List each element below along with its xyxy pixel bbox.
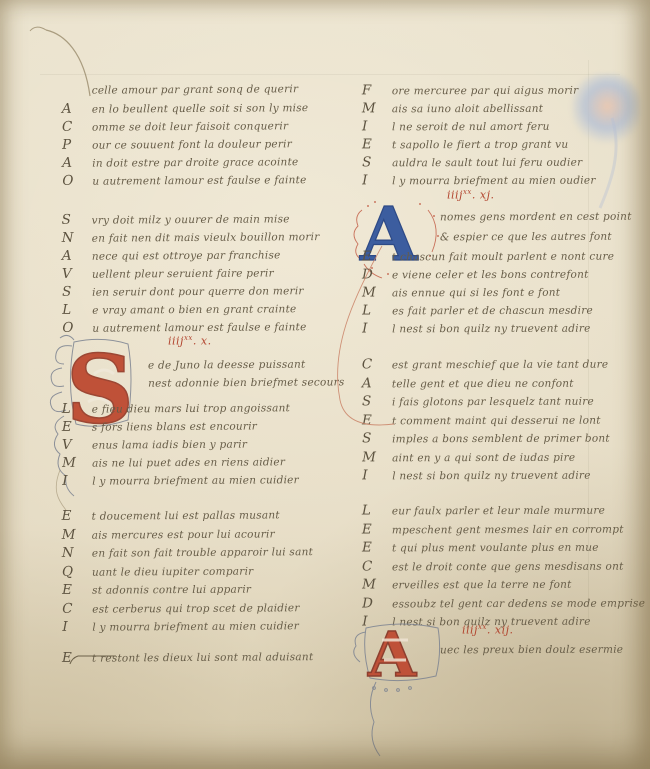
ruling-line-horizontal: [40, 74, 620, 75]
verse-capital: I: [362, 171, 392, 189]
verse-text: celle amour par grant sonq de querir: [92, 83, 299, 96]
verse-text: ais mercures est pour lui acourir: [92, 528, 275, 541]
verse-text: aint en y a qui sont de iudas pire: [392, 451, 575, 464]
rubric-base: iiij: [462, 624, 478, 637]
stanza: celle amour par grant sonq de querir Aen…: [62, 80, 309, 190]
verse-text: ais sa iuno aloit abellissant: [392, 103, 543, 116]
verse-capital: F: [362, 81, 392, 99]
stanza: Et doucement lui est pallas musant Mais …: [62, 505, 314, 636]
verse-capital: S: [62, 283, 92, 301]
verse-capital: M: [362, 283, 392, 301]
verse-text: l y mourra briefment au mien oudier: [392, 175, 596, 188]
verse-text: essoubz tel gent car dedens se mode empr…: [392, 597, 645, 610]
verse-line: Pour ce souuent font la douleur perir: [62, 134, 309, 154]
verse-capital: C: [62, 118, 92, 136]
verse-line: Mais ennue qui si les font e font: [362, 283, 614, 302]
stanza: Le fieu dieu mars lui trop angoissant Es…: [62, 398, 299, 490]
envoi-line: Et restont les dieux lui sont mal aduisa…: [62, 647, 314, 667]
verse-line: Est adonnis contre lui apparir: [62, 579, 313, 599]
verse-capital: I: [362, 466, 392, 485]
verse-text: st adonnis contre lui apparir: [92, 584, 251, 597]
stanza: uec les preux bien doulz esermie: [440, 641, 623, 660]
verse-line: Leur faulx parler et leur male murmure: [362, 501, 645, 520]
verse-capital: C: [362, 557, 392, 576]
verse-capital: A: [62, 100, 92, 118]
verse-capital: D: [362, 594, 392, 613]
verse-text: e de Juno la deesse puissant: [148, 359, 306, 372]
verse-line: Comme se doit leur faisoit conquerir: [62, 116, 309, 136]
verse-line: nomes gens mordent en cest point: [440, 207, 632, 228]
verse-line: Ou autrement lamour est faulse e fainte: [62, 170, 309, 190]
verse-line: Vuellent pleur seruient faire perir: [62, 263, 320, 283]
verse-text: t qui plus ment voulante plus en mue: [392, 542, 599, 555]
verse-text: erveilles est que la terre ne font: [392, 579, 572, 592]
verse-text: mpeschent gent mesmes lair en corrompt: [392, 523, 624, 536]
verse-line: Atelle gent et que dieu ne confont: [362, 373, 610, 392]
verse-line: Mais ne lui puet ades en riens aidier: [62, 452, 299, 472]
verse-line: Anece qui est ottroye par franchise: [62, 245, 320, 265]
verse-line: & espier ce que les autres font: [440, 227, 632, 248]
stanza: Et chascun fait moult parlent e nont cur…: [362, 247, 615, 338]
verse-line: Quant le dieu iupiter comparir: [62, 561, 313, 581]
verse-text: & espier ce que les autres font: [440, 231, 612, 244]
verse-capital: M: [62, 454, 92, 472]
verse-line: Svry doit milz y ouurer de main mise: [62, 209, 320, 229]
verse-capital: S: [362, 392, 392, 411]
verse-text: u autrement lamour est faulse e fainte: [92, 174, 306, 187]
verse-text: eur faulx parler et leur male murmure: [392, 505, 605, 518]
verse-capital: L: [362, 501, 392, 520]
verse-line: Cest le droit conte que gens mesdisans o…: [362, 556, 645, 575]
verse-line: Il y mourra briefment au mien cuidier: [62, 616, 313, 636]
verse-capital: I: [362, 319, 392, 337]
verse-line: Cest grant meschief que la vie tant dure: [362, 355, 610, 374]
verse-line: uec les preux bien doulz esermie: [440, 641, 623, 660]
verse-capital: E: [362, 247, 392, 265]
verse-capital: M: [62, 525, 92, 544]
verse-capital: C: [62, 599, 92, 618]
verse-capital: S: [62, 211, 92, 229]
verse-text: telle gent et que dieu ne confont: [392, 377, 574, 390]
verse-capital: V: [62, 436, 92, 454]
stanza: Svry doit milz y ouurer de main mise Nen…: [62, 209, 321, 337]
ballade-number-rubric: iiijxx. xj.: [447, 188, 494, 202]
verse-line: Maint en y a qui sont de iudas pire: [362, 447, 610, 466]
verse-text: ore mercuree par qui aigus morir: [392, 85, 579, 98]
verse-capital: V: [62, 265, 92, 283]
verse-text: nomes gens mordent en cest point: [440, 211, 632, 224]
verse-text: est cerberus qui trop scet de plaidier: [92, 602, 299, 615]
verse-line: Merveilles est que la terre ne font: [362, 575, 645, 594]
verse-text: vry doit milz y ouurer de main mise: [92, 213, 290, 226]
verse-capital: I: [62, 618, 92, 637]
verse-text: est grant meschief que la vie tant dure: [392, 359, 609, 372]
verse-text: ien seruir dont pour querre don merir: [92, 285, 304, 298]
verse-line: celle amour par grant sonq de querir: [62, 80, 309, 100]
verse-line: Le vray amant o bien en grant crainte: [62, 299, 320, 319]
verse-line: Venus lama iadis bien y parir: [62, 434, 299, 454]
verse-capital: E: [362, 538, 392, 557]
rubric-rest: . x.: [193, 335, 212, 348]
verse-line: e de Juno la deesse puissant: [148, 355, 345, 374]
verse-text: est le droit conte que gens mesdisans on…: [392, 560, 624, 573]
verse-text: e vray amant o bien en grant crainte: [92, 303, 296, 316]
verse-line: Les fait parler et de chascun mesdire: [362, 301, 614, 320]
verse-line: Aen lo beullent quelle soit si son ly mi…: [62, 98, 309, 118]
verse-capital: M: [362, 575, 392, 594]
verse-capital: N: [62, 544, 92, 563]
verse-line: Et doucement lui est pallas musant: [62, 505, 313, 525]
verse-text: l y mourra briefment au mien cuidier: [92, 620, 299, 633]
verse-text: nece qui est ottroye par franchise: [92, 249, 281, 262]
verse-capital: L: [62, 400, 92, 418]
ballade-number-rubric: iiijxx. x.: [168, 334, 212, 348]
verse-capital: A: [62, 154, 92, 172]
verse-capital: L: [362, 301, 392, 319]
stanza: e de Juno la deesse puissant nest adonni…: [148, 355, 345, 392]
verse-text: auldra le sault tout lui feru oudier: [392, 157, 582, 170]
verse-text: nest adonnie bien briefmet secours: [148, 376, 345, 389]
verse-capital: Q: [62, 562, 92, 581]
verse-text: ais ne lui puet ades en riens aidier: [92, 456, 285, 469]
verse-line: Et chascun fait moult parlent e nont cur…: [362, 247, 614, 266]
verse-line: Dessoubz tel gent car dedens se mode emp…: [362, 593, 645, 612]
verse-line: Il y mourra briefment au mien cuidier: [62, 470, 299, 490]
verse-line: Cest cerberus qui trop scet de plaidier: [62, 598, 313, 618]
rubric-superscript: xx: [184, 334, 193, 342]
rubric-rest: . xj.: [472, 189, 495, 202]
verse-text: l y mourra briefment au mien cuidier: [92, 474, 299, 487]
verse-text: en lo beullent quelle soit si son ly mis…: [92, 102, 309, 116]
verse-capital: E: [62, 507, 92, 526]
verse-capital: S: [362, 429, 392, 448]
verse-text: omme se doit leur faisoit conquerir: [92, 120, 288, 133]
verse-line: Et sapollo le fiert a trop grant vu: [362, 135, 596, 154]
stanza: nomes gens mordent en cest point & espie…: [440, 207, 632, 248]
verse-line: Le fieu dieu mars lui trop angoissant: [62, 398, 299, 418]
ballade-number-rubric: iiijxx. xij.: [462, 623, 514, 637]
verse-text: t restont les dieux lui sont mal aduisan…: [92, 651, 313, 665]
verse-line: Nen fait nen dit mais vieulx bouillon mo…: [62, 227, 320, 247]
verse-capital: A: [62, 247, 92, 265]
verse-capital: S: [362, 153, 392, 171]
verse-capital: M: [362, 448, 392, 467]
verse-capital: A: [362, 374, 392, 393]
verse-capital: N: [62, 229, 92, 247]
verse-capital: E: [362, 520, 392, 539]
verse-line: De viene celer et les bons contrefont: [362, 265, 614, 284]
verse-line: Nen fait son fait trouble apparoir lui s…: [62, 542, 313, 562]
verse-text: en fait nen dit mais vieulx bouillon mor…: [92, 231, 320, 245]
verse-text: l nest si bon quilz ny truevent adire: [392, 470, 590, 483]
initial-a-letter: A: [367, 618, 417, 691]
verse-capital: E: [362, 135, 392, 153]
verse-text: e fieu dieu mars lui trop angoissant: [92, 402, 290, 415]
verse-text: en fait son fait trouble apparoir lui sa…: [92, 546, 313, 560]
verse-line: Il ne seroit de nul amort feru: [362, 117, 596, 136]
verse-capital: I: [62, 472, 92, 490]
verse-line: Mais sa iuno aloit abellissant: [362, 99, 596, 118]
verse-capital: E: [62, 649, 92, 667]
verse-text: e viene celer et les bons contrefont: [392, 269, 589, 282]
verse-text: t doucement lui est pallas musant: [92, 509, 280, 522]
verse-line: Si fais glotons par lesquelz tant nuire: [362, 392, 610, 411]
stanza: Fore mercuree par qui aigus morir Mais s…: [362, 81, 596, 190]
verse-text: es fait parler et de chascun mesdire: [392, 305, 593, 318]
rubric-superscript: xx: [463, 188, 472, 196]
verse-text: imples a bons semblent de primer bont: [392, 433, 610, 446]
verse-line: Empeschent gent mesmes lair en corrompt: [362, 519, 645, 538]
verse-line: Simples a bons semblent de primer bont: [362, 429, 610, 448]
verse-text: u autrement lamour est faulse e fainte: [92, 321, 306, 334]
verse-text: t sapollo le fiert a trop grant vu: [392, 139, 568, 152]
verse-text: ais ennue qui si les font e font: [392, 287, 560, 300]
verse-line: Sien seruir dont pour querre don merir: [62, 281, 320, 301]
verse-capital: O: [62, 172, 92, 190]
verse-text: uant le dieu iupiter comparir: [92, 565, 254, 578]
verse-line: Et restont les dieux lui sont mal aduisa…: [62, 647, 314, 667]
verse-line: Sauldra le sault tout lui feru oudier: [362, 153, 596, 172]
verse-text: s fors liens blans est encourir: [92, 420, 257, 433]
verse-line: Fore mercuree par qui aigus morir: [362, 81, 596, 100]
verse-capital: I: [362, 117, 392, 135]
verse-text: uellent pleur seruient faire perir: [92, 267, 274, 280]
rubric-base: iiij: [168, 335, 184, 348]
verse-line: Mais mercures est pour lui acourir: [62, 524, 313, 544]
verse-text: t comment maint qui desserui ne lont: [392, 414, 601, 427]
verse-line: Et qui plus ment voulante plus en mue: [362, 538, 645, 557]
verse-text: l ne seroit de nul amort feru: [392, 121, 550, 134]
verse-capital: E: [362, 411, 392, 430]
verse-capital: C: [362, 355, 392, 374]
verse-capital: L: [62, 301, 92, 319]
verse-text: our ce souuent font la douleur perir: [92, 138, 292, 151]
rubric-superscript: xx: [478, 623, 487, 631]
verse-capital: M: [362, 99, 392, 117]
stanza: Leur faulx parler et leur male murmure E…: [362, 501, 645, 631]
verse-line: Et comment maint qui desserui ne lont: [362, 410, 610, 429]
rubric-rest: . xij.: [487, 624, 514, 637]
verse-text: l nest si bon quilz ny truevent adire: [392, 323, 590, 336]
verse-capital: P: [62, 136, 92, 154]
verse-text: i fais glotons par lesquelz tant nuire: [392, 396, 594, 409]
stanza: Cest grant meschief que la vie tant dure…: [362, 355, 610, 485]
verse-line: Es fors liens blans est encourir: [62, 416, 299, 436]
verse-capital: D: [362, 265, 392, 283]
verse-text: t chascun fait moult parlent e nont cure: [392, 251, 614, 264]
verse-text: enus lama iadis bien y parir: [92, 439, 247, 452]
manuscript-page: celle amour par grant sonq de querir Aen…: [0, 0, 650, 769]
verse-line: Ain doit estre par droite grace acointe: [62, 152, 309, 172]
decorated-initial-a-red: A: [344, 618, 456, 758]
verse-line: Il nest si bon quilz ny truevent adire: [362, 466, 610, 485]
verse-capital: E: [62, 418, 92, 436]
rubric-base: iiij: [447, 189, 463, 202]
verse-capital: E: [62, 581, 92, 600]
verse-line: Il nest si bon quilz ny truevent adire: [362, 319, 614, 338]
verse-line: Il y mourra briefment au mien oudier: [362, 171, 596, 190]
verse-text: uec les preux bien doulz esermie: [440, 644, 623, 657]
verse-text: in doit estre par droite grace acointe: [92, 156, 298, 169]
verse-line: nest adonnie bien briefmet secours: [148, 373, 345, 392]
